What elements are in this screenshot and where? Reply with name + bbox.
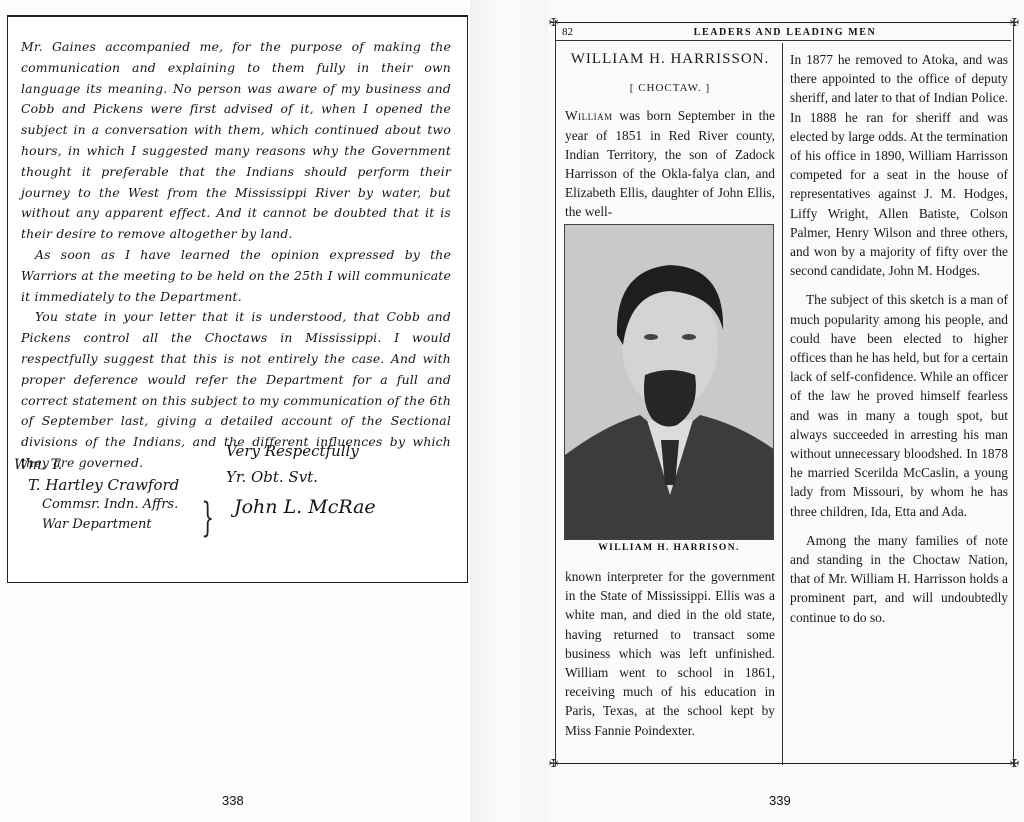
corner-ornament-icon: ✠ xyxy=(549,758,558,769)
corner-ornament-icon: ✠ xyxy=(1010,17,1019,28)
article-title: WILLIAM H. HARRISSON. xyxy=(565,50,775,69)
addressee-line-3: Commsr. Indn. Affrs. xyxy=(42,495,179,515)
column-divider xyxy=(782,43,783,765)
brace-mark: } xyxy=(201,495,214,541)
article-tribe: [ CHOCTAW. ] xyxy=(565,79,775,98)
article-column-left: WILLIAM H. HARRISSON. [ CHOCTAW. ] Willi… xyxy=(565,50,775,222)
article-paragraph-2: In 1877 he removed to Atoka, and was the… xyxy=(790,50,1008,280)
article-paragraph-1: William was born September in the year o… xyxy=(565,106,775,221)
article-paragraph-4: Among the many families of note and stan… xyxy=(790,531,1008,627)
page-number-right: 339 xyxy=(769,793,791,808)
letter-paragraph-2: As soon as I have learned the opinion ex… xyxy=(21,245,451,307)
article-paragraph-3: The subject of this sketch is a man of m… xyxy=(790,290,1008,520)
closing-line-2: Yr. Obt. Svt. xyxy=(226,464,376,490)
corner-ornament-icon: ✠ xyxy=(1010,758,1019,769)
article-column-right: In 1877 he removed to Atoka, and was the… xyxy=(790,50,1008,627)
top-rule xyxy=(550,22,1016,23)
portrait-caption: WILLIAM H. HARRISON. xyxy=(560,543,778,553)
running-head-title: LEADERS AND LEADING MEN xyxy=(560,27,1010,38)
handwritten-letter-body: Mr. Gaines accompanied me, for the purpo… xyxy=(21,37,451,474)
signature: John L. McRae xyxy=(234,494,376,520)
corner-ornament-icon: ✠ xyxy=(549,17,558,28)
header-rule xyxy=(556,40,1011,41)
book-gutter xyxy=(470,0,548,822)
bottom-rule xyxy=(550,763,1016,764)
portrait-photo xyxy=(564,224,774,540)
letter-addressee: Wm. T. T. Hartley Crawford Commsr. Indn.… xyxy=(14,455,179,535)
addressee-line-2: T. Hartley Crawford xyxy=(28,475,179,495)
article-paragraph-1-continued: known interpreter for the government in … xyxy=(565,567,775,740)
letter-paragraph-1: Mr. Gaines accompanied me, for the purpo… xyxy=(21,37,451,245)
lead-word: William xyxy=(565,108,613,123)
addressee-line-1: Wm. T. xyxy=(14,455,179,475)
left-page: Mr. Gaines accompanied me, for the purpo… xyxy=(0,0,470,822)
addressee-line-4: War Department xyxy=(42,515,179,535)
article-column-left-continued: known interpreter for the government in … xyxy=(565,567,775,740)
portrait-image xyxy=(565,225,774,540)
letter-closing: Very Respectfully Yr. Obt. Svt. John L. … xyxy=(226,438,376,520)
closing-line-1: Very Respectfully xyxy=(226,438,376,464)
page-number-left: 338 xyxy=(222,793,244,808)
running-head: 82 LEADERS AND LEADING MEN xyxy=(560,25,1010,39)
